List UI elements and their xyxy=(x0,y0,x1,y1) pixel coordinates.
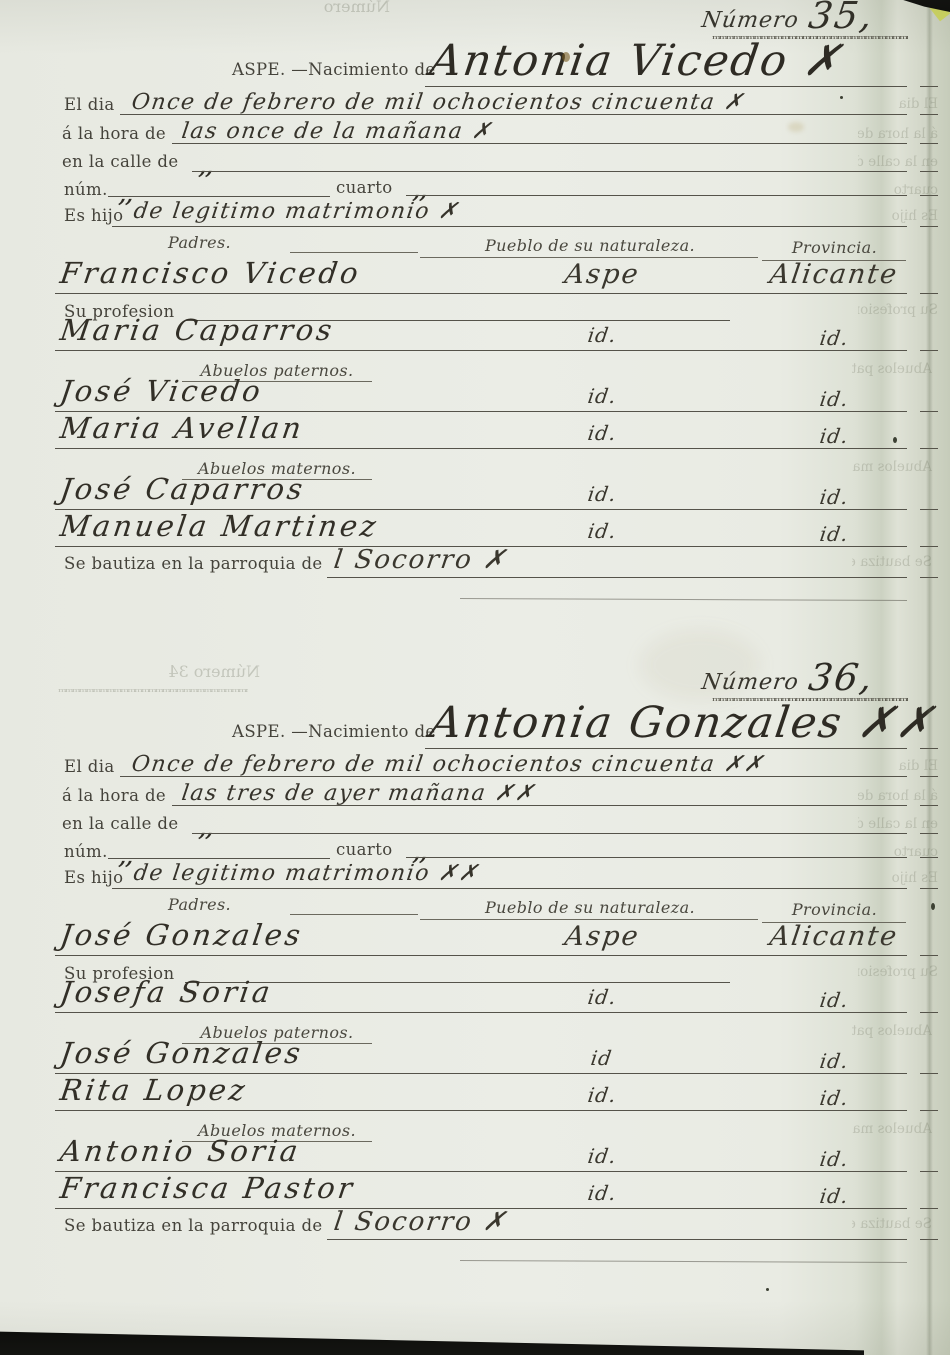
field-label-hijo: Es hijo xyxy=(64,206,124,225)
ruled-line xyxy=(290,252,418,253)
paternal-grandmother-name: Rita Lopez xyxy=(58,1073,250,1107)
maternal-grandmother-pueblo: id. xyxy=(478,519,726,543)
ruled-line xyxy=(327,1239,907,1240)
ruled-line xyxy=(327,577,907,578)
field-value-hijo: de legitimo matrimonio ✗ xyxy=(132,199,461,224)
maternal-grandmother-provincia: id. xyxy=(760,1184,908,1208)
provincia-value: id. xyxy=(818,1086,850,1110)
mother-name: Maria Caparros xyxy=(58,313,337,347)
ruled-line xyxy=(425,86,907,87)
record-number-label: Número xyxy=(700,670,801,695)
paternal-grandmother-name: Maria Avellan xyxy=(58,411,306,445)
scan-bottom-black xyxy=(0,1329,864,1355)
pueblo-value: Aspe xyxy=(563,921,642,952)
paper-speck xyxy=(840,96,843,99)
bleedthrough-text: Abuelos paternos. xyxy=(852,1023,932,1039)
pueblo-value: id. xyxy=(586,519,618,543)
paternal-grandfather-name: José Vicedo xyxy=(58,374,265,408)
field-label-calle: en la calle de xyxy=(62,152,179,171)
field-label-el-dia: El dia xyxy=(64,757,115,776)
bleedthrough-text: Abuelos maternos. xyxy=(852,1121,932,1137)
ruled-line xyxy=(290,914,418,915)
paternal-grandfather-pueblo: id xyxy=(478,1046,726,1070)
father-name: José Gonzales xyxy=(58,918,305,952)
paternal-grandfather-pueblo: id. xyxy=(478,384,726,408)
provincia-value: id. xyxy=(818,485,850,509)
bleedthrough-text: Se bautiza en la xyxy=(852,1216,932,1232)
ruled-line xyxy=(406,857,907,858)
ruled-line xyxy=(55,448,907,449)
column-header-padres: Padres. xyxy=(168,233,231,252)
register-page: Número Número 35, ASPE. —Nacimiento de A… xyxy=(0,0,950,1355)
field-value-hora: las once de la mañana ✗ xyxy=(180,119,494,144)
mother-pueblo: id. xyxy=(478,985,726,1009)
field-label-hijo: Es hijo xyxy=(64,868,124,887)
ruled-line xyxy=(55,350,907,351)
ruled-line xyxy=(425,748,907,749)
mother-pueblo: id. xyxy=(478,323,726,347)
child-name: Antonia Gonzales ✗✗ xyxy=(427,698,938,748)
pueblo-value: id. xyxy=(586,1083,618,1107)
maternal-grandmother-provincia: id. xyxy=(760,522,908,546)
column-header-pueblo: Pueblo de su naturaleza. xyxy=(420,236,760,255)
field-value-bautiza: l Socorro ✗ xyxy=(332,1207,509,1237)
ruled-line xyxy=(108,196,330,197)
maternal-grandfather-provincia: id. xyxy=(760,1147,908,1171)
pueblo-value: id. xyxy=(586,323,618,347)
field-value-el-dia: Once de febrero de mil ochocientos cincu… xyxy=(130,752,766,777)
ruled-line xyxy=(192,171,907,172)
provincia-value: id. xyxy=(818,326,850,350)
mother-name: Josefa Soria xyxy=(58,975,275,1009)
paper-speck xyxy=(893,437,897,443)
paper-speck xyxy=(766,1288,769,1291)
pueblo-value: id. xyxy=(586,482,618,506)
ruled-line xyxy=(172,143,907,144)
paternal-grandmother-provincia: id. xyxy=(760,424,908,448)
record-number-value: 36, xyxy=(806,656,877,699)
field-value-bautiza: l Socorro ✗ xyxy=(332,545,509,575)
ruled-line xyxy=(172,805,907,806)
pueblo-value: id. xyxy=(586,384,618,408)
mother-provincia: id. xyxy=(760,326,908,350)
field-label-cuarto: cuarto xyxy=(336,178,393,197)
pueblo-value: id xyxy=(590,1046,615,1070)
column-header-provincia: Provincia. xyxy=(762,900,907,919)
provincia-value: Alicante xyxy=(768,921,901,952)
column-header-provincia: Provincia. xyxy=(762,238,907,257)
field-value-el-dia: Once de febrero de mil ochocientos cincu… xyxy=(130,90,746,115)
record-number-value: 35, xyxy=(806,0,877,37)
paternal-grandfather-name: José Gonzales xyxy=(58,1036,305,1070)
paternal-grandfather-provincia: id. xyxy=(760,1049,908,1073)
father-provincia: Alicante xyxy=(760,921,908,952)
field-label-bautiza: Se bautiza en la parroquia de xyxy=(64,1216,323,1235)
page-edge-seam xyxy=(926,0,933,1355)
ruled-line xyxy=(55,955,907,956)
field-value-calle: ,, xyxy=(198,817,215,841)
ruled-line xyxy=(55,1110,907,1111)
town-birth-heading: ASPE. —Nacimiento de xyxy=(232,60,436,79)
maternal-grandfather-pueblo: id. xyxy=(478,482,726,506)
ruled-line xyxy=(112,888,907,889)
father-pueblo: Aspe xyxy=(478,259,726,290)
ruled-line xyxy=(55,1012,907,1013)
pueblo-value: id. xyxy=(586,1181,618,1205)
paternal-grandmother-pueblo: id. xyxy=(478,1083,726,1107)
ruled-line xyxy=(460,598,907,601)
provincia-value: id. xyxy=(818,424,850,448)
provincia-value: Alicante xyxy=(768,259,901,290)
field-label-bautiza: Se bautiza en la parroquia de xyxy=(64,554,323,573)
maternal-grandfather-name: Antonio Soria xyxy=(58,1134,303,1168)
maternal-grandfather-provincia: id. xyxy=(760,485,908,509)
father-pueblo: Aspe xyxy=(478,921,726,952)
maternal-grandmother-name: Francisca Pastor xyxy=(58,1171,357,1205)
bleedthrough-text: Abuelos maternos. xyxy=(852,459,932,475)
column-header-padres: Padres. xyxy=(168,895,231,914)
ruled-line xyxy=(420,919,758,920)
provincia-value: id. xyxy=(818,1049,850,1073)
father-provincia: Alicante xyxy=(760,259,908,290)
field-value-num: ,, xyxy=(118,183,135,207)
field-label-el-dia: El dia xyxy=(64,95,115,114)
town-birth-heading: ASPE. —Nacimiento de xyxy=(232,722,436,741)
provincia-value: id. xyxy=(818,522,850,546)
bleedthrough-text: Abuelos paternos. xyxy=(852,361,932,377)
pueblo-value: id. xyxy=(586,985,618,1009)
record-number-label: Número xyxy=(700,8,801,33)
ruled-line xyxy=(420,257,758,258)
field-label-hora: á la hora de xyxy=(62,124,166,143)
field-value-calle: ,, xyxy=(198,155,215,179)
provincia-value: id. xyxy=(818,988,850,1012)
ruled-line xyxy=(406,195,907,196)
pueblo-value: Aspe xyxy=(563,259,642,290)
field-label-hora: á la hora de xyxy=(62,786,166,805)
maternal-grandmother-pueblo: id. xyxy=(478,1181,726,1205)
bleedthrough-text: Se bautiza en la xyxy=(852,554,932,570)
birth-record-35: Número 35, ASPE. —Nacimiento de Antonia … xyxy=(0,0,950,662)
field-value-hijo: de legitimo matrimonio ✗✗ xyxy=(132,861,481,886)
field-label-calle: en la calle de xyxy=(62,814,179,833)
field-label-num: núm. xyxy=(64,842,108,861)
ruled-line xyxy=(112,226,907,227)
field-label-num: núm. xyxy=(64,180,108,199)
pueblo-value: id. xyxy=(586,1144,618,1168)
provincia-value: id. xyxy=(818,387,850,411)
ruled-line xyxy=(192,833,907,834)
ruled-line xyxy=(120,114,907,115)
ruled-line xyxy=(108,858,330,859)
provincia-value: id. xyxy=(818,1147,850,1171)
provincia-value: id. xyxy=(818,1184,850,1208)
ruled-line xyxy=(460,1260,907,1263)
ruled-line xyxy=(55,293,907,294)
field-value-hora: las tres de ayer mañana ✗✗ xyxy=(180,781,537,806)
mother-provincia: id. xyxy=(760,988,908,1012)
child-name: Antonia Vicedo ✗ xyxy=(427,36,845,86)
paternal-grandfather-provincia: id. xyxy=(760,387,908,411)
maternal-grandmother-name: Manuela Martinez xyxy=(58,509,381,543)
column-header-pueblo: Pueblo de su naturaleza. xyxy=(420,898,760,917)
father-name: Francisco Vicedo xyxy=(58,256,363,290)
paternal-grandmother-provincia: id. xyxy=(760,1086,908,1110)
birth-record-36: Número 36, ASPE. —Nacimiento de Antonia … xyxy=(0,662,950,1324)
paternal-grandmother-pueblo: id. xyxy=(478,421,726,445)
ruled-line xyxy=(120,776,907,777)
field-value-num: ,, xyxy=(118,845,135,869)
pueblo-value: id. xyxy=(586,421,618,445)
field-label-cuarto: cuarto xyxy=(336,840,393,859)
maternal-grandfather-pueblo: id. xyxy=(478,1144,726,1168)
maternal-grandfather-name: José Caparros xyxy=(58,472,308,506)
